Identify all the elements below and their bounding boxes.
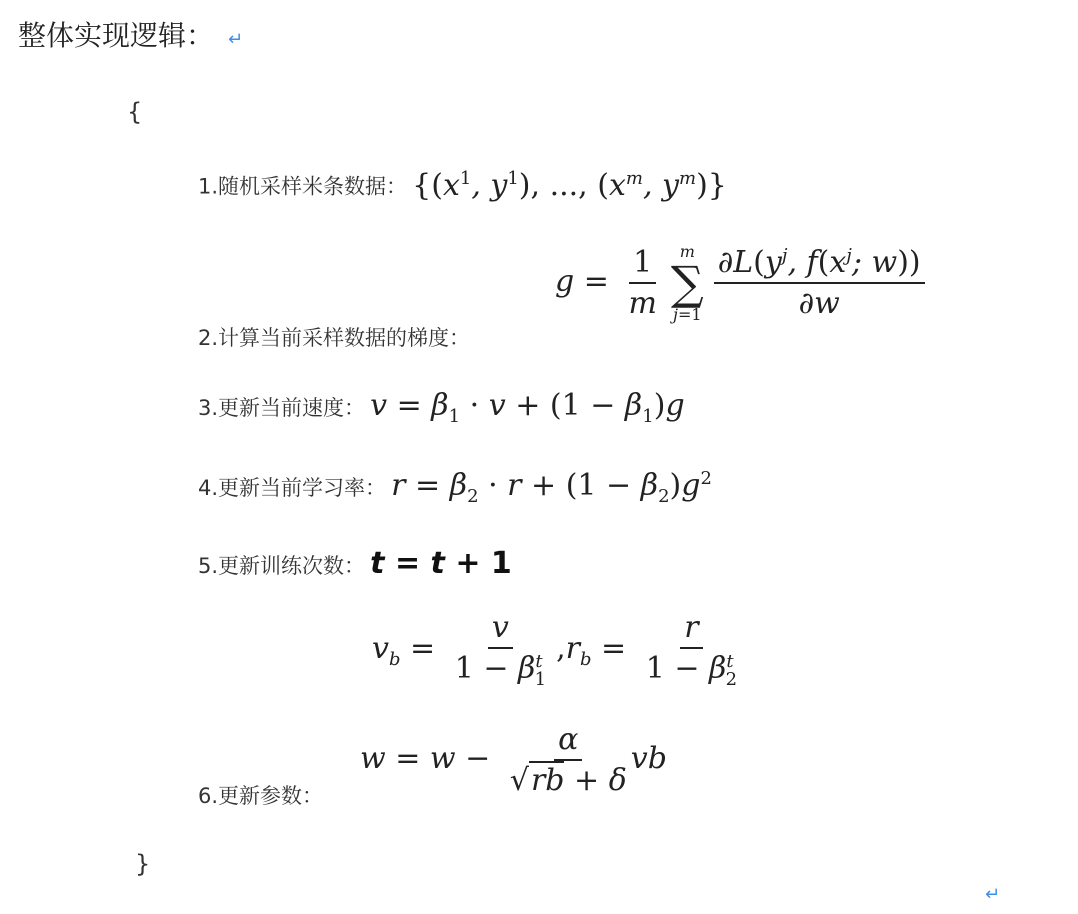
step-formula: t = t + 1 (370, 546, 512, 581)
step-3: 3.更新当前速度： v = β1 · v + (1 − β1)g (198, 388, 685, 427)
bias-correction-formula: vb = v1 − βt1,rb = r1 − βt2 (372, 610, 747, 690)
open-brace: { (127, 98, 142, 126)
step-label: 5.更新训练次数： (198, 554, 365, 578)
title-text: 整体实现逻辑： (18, 19, 214, 52)
step-6-formula: w = w − α√rb + δvb (360, 722, 667, 798)
step-6-label: 6.更新参数： (198, 780, 323, 810)
return-mark-icon: ↵ (985, 884, 1000, 905)
step-formula: v = β1 · v + (1 − β1)g (370, 388, 685, 423)
step-4: 4.更新当前学习率： r = β2 · r + (1 − β2)g2 (198, 468, 712, 507)
close-brace: } (135, 850, 150, 878)
step-label: 1.随机采样米条数据： (198, 175, 407, 199)
step-formula: r = β2 · r + (1 − β2)g2 (391, 468, 712, 503)
return-mark-icon: ↵ (228, 29, 243, 50)
step-label: 3.更新当前速度： (198, 396, 365, 420)
page-title: 整体实现逻辑：↵ (18, 14, 243, 54)
step-1: 1.随机采样米条数据： {(x1, y1), ..., (xm, ym)} (198, 168, 727, 203)
step-2-label: 2.计算当前采样数据的梯度： (198, 322, 470, 352)
step-5: 5.更新训练次数： t = t + 1 (198, 546, 512, 581)
step-formula: {(x1, y1), ..., (xm, ym)} (412, 168, 727, 203)
step-label: 4.更新当前学习率： (198, 476, 386, 500)
step-2-formula: g = 1mm∑j=1∂L(yj, f(xj; w))∂w (555, 242, 931, 324)
